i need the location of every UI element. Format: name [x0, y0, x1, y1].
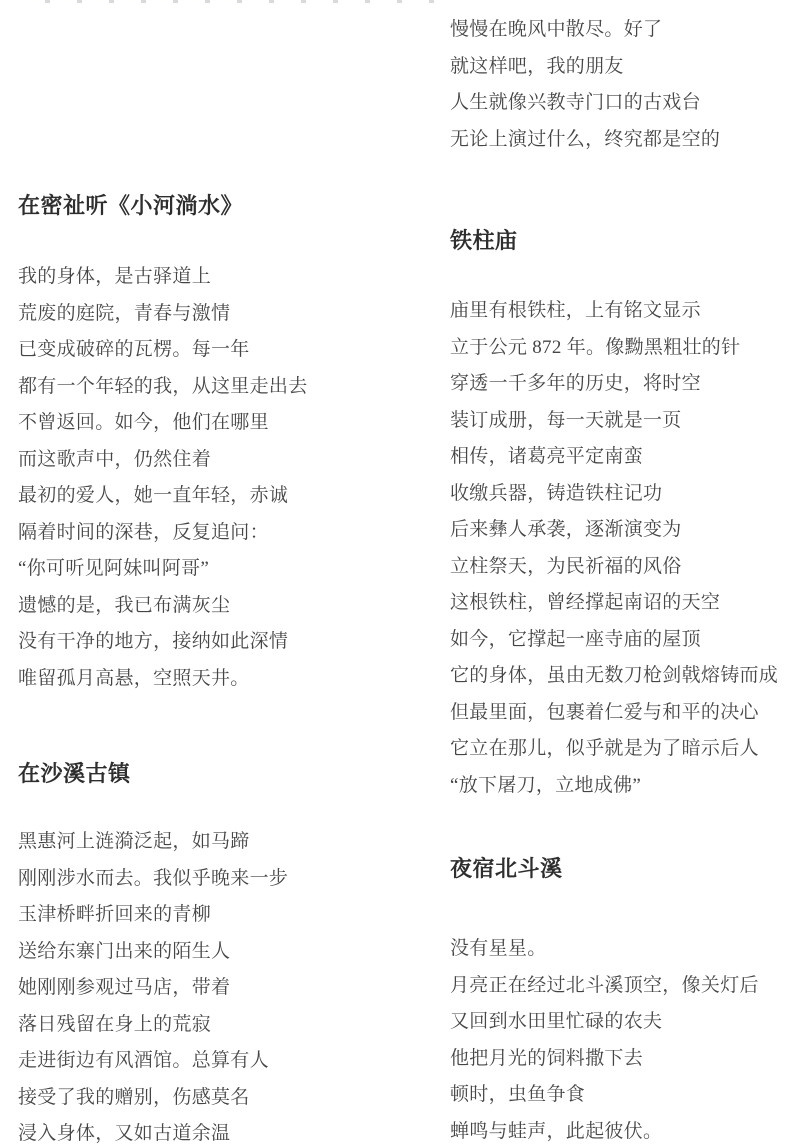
poem-line: 就这样吧，我的朋友 — [450, 49, 798, 86]
left-column: 在密祉听《小河淌水》 我的身体，是古驿道上 荒废的庭院，青春与激情 已变成破碎的… — [18, 0, 438, 1145]
right-column: 慢慢在晚风中散尽。好了 就这样吧，我的朋友 人生就像兴教寺门口的古戏台 无论上演… — [450, 12, 798, 1145]
poem-line: 玉津桥畔折回来的青柳 — [18, 897, 438, 934]
poem-line: 没有干净的地方，接纳如此深情 — [18, 624, 438, 661]
poem-line: 黑惠河上涟漪泛起，如马蹄 — [18, 824, 438, 861]
poem-line: 立柱祭天，为民祈福的风俗 — [450, 549, 798, 586]
poetry-page: 在密祉听《小河淌水》 我的身体，是古驿道上 荒废的庭院，青春与激情 已变成破碎的… — [0, 0, 800, 1145]
poem-line: 都有一个年轻的我，从这里走出去 — [18, 369, 438, 406]
poem-title: 在沙溪古镇 — [18, 761, 438, 787]
poem-line: 相传，诸葛亮平定南蛮 — [450, 439, 798, 476]
poem-line: 庙里有根铁柱，上有铭文显示 — [450, 293, 798, 330]
poem-line: 无论上演过什么，终究都是空的 — [450, 122, 798, 159]
poem-title: 在密祉听《小河淌水》 — [18, 193, 438, 219]
poem-line: 荒废的庭院，青春与激情 — [18, 296, 438, 333]
poem-line: 最初的爱人，她一直年轻，赤诚 — [18, 478, 438, 515]
poem-line: 它立在那儿，似乎就是为了暗示后人 — [450, 731, 798, 768]
continuation-stanza: 慢慢在晚风中散尽。好了 就这样吧，我的朋友 人生就像兴教寺门口的古戏台 无论上演… — [450, 12, 798, 158]
poem-stanza: 黑惠河上涟漪泛起，如马蹄 刚刚涉水而去。我似乎晚来一步 玉津桥畔折回来的青柳 送… — [18, 824, 438, 1145]
poem-line: 隔着时间的深巷，反复追问： — [18, 515, 438, 552]
poem-line: 月亮正在经过北斗溪顶空，像关灯后 — [450, 968, 798, 1005]
poem-line: 穿透一千多年的历史，将时空 — [450, 366, 798, 403]
poem-line: 接受了我的赠别，伤感莫名 — [18, 1080, 438, 1117]
poem-line: 又回到水田里忙碌的农夫 — [450, 1004, 798, 1041]
poem-line: “你可听见阿妹叫阿哥” — [18, 551, 438, 588]
poem-line: 我的身体，是古驿道上 — [18, 259, 438, 296]
poem-line: 而这歌声中，仍然住着 — [18, 442, 438, 479]
poem-line: 它的身体，虽由无数刀枪剑戟熔铸而成 — [450, 658, 798, 695]
poem-line: 走进街边有风酒馆。总算有人 — [18, 1043, 438, 1080]
poem-line: 不曾返回。如今，他们在哪里 — [18, 405, 438, 442]
poem-line: 已变成破碎的瓦楞。每一年 — [18, 332, 438, 369]
poem-stanza: 庙里有根铁柱，上有铭文显示 立于公元 872 年。像黝黑粗壮的针 穿透一千多年的… — [450, 293, 798, 804]
poem-line: 如今，它撑起一座寺庙的屋顶 — [450, 622, 798, 659]
poem-line: 没有星星。 — [450, 931, 798, 968]
poem-line: 装订成册，每一天就是一页 — [450, 403, 798, 440]
poem-line: 浸入身体，又如古道余温 — [18, 1116, 438, 1145]
poem-line: 他把月光的饲料撒下去 — [450, 1041, 798, 1078]
poem-line: 送给东寨门出来的陌生人 — [18, 934, 438, 971]
poem-stanza: 没有星星。 月亮正在经过北斗溪顶空，像关灯后 又回到水田里忙碌的农夫 他把月光的… — [450, 931, 798, 1145]
poem-line: 慢慢在晚风中散尽。好了 — [450, 12, 798, 49]
poem-line: 顿时，虫鱼争食 — [450, 1077, 798, 1114]
poem-line: 后来彝人承袭，逐渐演变为 — [450, 512, 798, 549]
poem-line: 唯留孤月高悬，空照天井。 — [18, 661, 438, 698]
poem-title: 夜宿北斗溪 — [450, 856, 798, 882]
poem-line: 刚刚涉水而去。我似乎晚来一步 — [18, 861, 438, 898]
poem-line: 遗憾的是，我已布满灰尘 — [18, 588, 438, 625]
poem-line: 落日残留在身上的荒寂 — [18, 1007, 438, 1044]
poem-line: 人生就像兴教寺门口的古戏台 — [450, 85, 798, 122]
poem-line: 蝉鸣与蛙声，此起彼伏。 — [450, 1114, 798, 1145]
poem-line: 立于公元 872 年。像黝黑粗壮的针 — [450, 330, 798, 367]
poem-line: “放下屠刀，立地成佛” — [450, 768, 798, 805]
poem-title: 铁柱庙 — [450, 228, 798, 254]
poem-line: 这根铁柱，曾经撑起南诏的天空 — [450, 585, 798, 622]
poem-line: 她刚刚参观过马店，带着 — [18, 970, 438, 1007]
poem-line: 但最里面，包裹着仁爱与和平的决心 — [450, 695, 798, 732]
poem-line: 收缴兵器，铸造铁柱记功 — [450, 476, 798, 513]
poem-stanza: 我的身体，是古驿道上 荒废的庭院，青春与激情 已变成破碎的瓦楞。每一年 都有一个… — [18, 259, 438, 697]
